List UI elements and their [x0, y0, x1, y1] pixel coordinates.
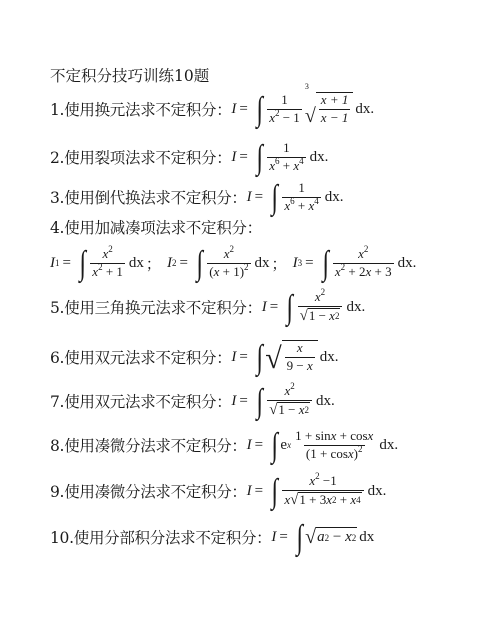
lhs-variable: I	[247, 189, 252, 206]
denominator: (x + 1)2	[207, 263, 250, 280]
integral-sign-icon: ∫	[287, 291, 294, 325]
numerator: 1	[279, 93, 290, 109]
problem-3: 3.使用倒代换法求不定积分： I = ∫ 1 x6 + x4 dx.	[50, 180, 344, 214]
problem-7: 7.使用双元法求不定积分： I = ∫ x2 √1 − x2 dx.	[50, 384, 335, 418]
lhs-variable: I	[293, 255, 298, 272]
problem-6-label: 6.使用双元法求不定积分：	[50, 346, 231, 368]
fraction: 1 x6 + x4	[282, 181, 320, 214]
radical-icon: √	[269, 402, 277, 418]
problem-1: 1.使用换元法求不定积分： I = ∫ 1 x2 − 1 3 √ x + 1 x…	[50, 92, 374, 126]
fraction: x + 1 x − 1	[319, 93, 351, 126]
numerator: x2	[222, 247, 236, 263]
problem-9-label: 9.使用凑微分法求不定积分：	[50, 480, 247, 502]
integral-sign-icon: ∫	[79, 247, 86, 281]
problem-8-formula: I = ∫ ex 1 + sinx + cosx (1 + cosx)2 dx.	[247, 428, 398, 462]
differential: dx.	[346, 299, 365, 316]
fraction: x2 x2 + 2x + 3	[333, 247, 394, 280]
lhs-variable: I	[247, 483, 252, 500]
fraction: 1 x6 + x4	[267, 141, 305, 174]
fraction: x2 (x + 1)2	[207, 247, 250, 280]
denominator: x√1 + 3x2 + x4	[282, 490, 363, 508]
problem-2: 2.使用裂项法求不定积分： I = ∫ 1 x6 + x4 dx.	[50, 140, 328, 174]
differential: dx.	[398, 255, 417, 272]
differential: dx.	[310, 149, 329, 166]
document-title: 不定积分技巧训练10题	[50, 64, 209, 86]
lhs-variable: I	[247, 437, 252, 454]
lhs-variable: I	[231, 101, 236, 118]
numerator: x2 −1	[307, 474, 338, 490]
formula-I2: I2 = ∫ x2 (x + 1)2 dx；	[167, 246, 293, 280]
denominator: x − 1	[319, 109, 351, 126]
integral-sign-icon: ∫	[271, 181, 278, 215]
differential: dx	[359, 529, 374, 546]
problem-5-label: 5.使用三角换元法求不定积分：	[50, 296, 262, 318]
differential: dx.	[355, 101, 374, 118]
problem-5: 5.使用三角换元法求不定积分： I = ∫ x2 √1 − x2 dx.	[50, 290, 365, 324]
equals-sign: =	[239, 393, 247, 410]
fraction: x2 x2 + 1	[90, 247, 125, 280]
radical-icon: √	[305, 527, 316, 547]
problem-1-label: 1.使用换元法求不定积分：	[50, 98, 231, 120]
lhs-variable: I	[231, 393, 236, 410]
equals-sign: =	[255, 483, 263, 500]
fraction: 1 + sinx + cosx (1 + cosx)2	[293, 429, 375, 462]
problem-9: 9.使用凑微分法求不定积分： I = ∫ x2 −1 x√1 + 3x2 + x…	[50, 474, 386, 508]
numerator: x	[295, 341, 305, 357]
lhs-variable: I	[231, 349, 236, 366]
equals-sign: =	[305, 255, 313, 272]
problem-9-formula: I = ∫ x2 −1 x√1 + 3x2 + x4 dx.	[247, 474, 387, 508]
equals-sign: =	[279, 529, 287, 546]
problem-10-formula: I = ∫ √ a2 − x2 dx	[271, 520, 374, 554]
integral-sign-icon: ∫	[296, 521, 303, 555]
problem-6-formula: I = ∫ √ x 9 − x dx.	[231, 340, 338, 374]
denominator: √1 − x2	[298, 306, 343, 324]
integral-sign-icon: ∫	[196, 247, 203, 281]
problem-4-label: 4.使用加减凑项法求不定积分：	[50, 216, 262, 238]
root-index: 3	[305, 82, 309, 116]
differential: dx.	[320, 349, 339, 366]
equals-sign: =	[239, 349, 247, 366]
numerator: x2	[356, 247, 370, 263]
problem-1-formula: I = ∫ 1 x2 − 1 3 √ x + 1 x − 1 dx.	[231, 92, 374, 126]
denominator: x2 + 2x + 3	[333, 263, 394, 280]
numerator: 1	[296, 181, 307, 197]
numerator: x2	[100, 247, 114, 263]
differential: dx	[129, 255, 144, 272]
fraction: x2 √1 − x2	[267, 384, 312, 418]
problem-8: 8.使用凑微分法求不定积分： I = ∫ ex 1 + sinx + cosx …	[50, 428, 398, 462]
fraction: 1 x2 − 1	[267, 93, 302, 126]
problem-2-label: 2.使用裂项法求不定积分：	[50, 146, 231, 168]
differential: dx.	[325, 189, 344, 206]
fraction: x 9 − x	[285, 341, 315, 374]
lhs-variable: I	[231, 149, 236, 166]
numerator: 1 + sinx + cosx	[293, 429, 375, 445]
problem-4-formulas: I1 = ∫ x2 x2 + 1 dx； I2 = ∫ x2 (x + 1)2 …	[50, 246, 416, 280]
denominator: x2 + 1	[90, 263, 125, 280]
numerator: x2	[282, 384, 296, 400]
formula-I3: I3 = ∫ x2 x2 + 2x + 3 dx.	[293, 246, 417, 280]
problem-3-formula: I = ∫ 1 x6 + x4 dx.	[247, 180, 344, 214]
differential: dx.	[379, 437, 398, 454]
fraction: x2 −1 x√1 + 3x2 + x4	[282, 474, 363, 508]
cube-root: 3 √ x + 1 x − 1	[304, 92, 354, 126]
radical-icon: √	[290, 492, 298, 508]
problem-5-formula: I = ∫ x2 √1 − x2 dx.	[262, 290, 365, 324]
title-text: 不定积分技巧训练10题	[50, 64, 209, 86]
equals-sign: =	[270, 299, 278, 316]
differential: dx.	[368, 483, 387, 500]
problem-6: 6.使用双元法求不定积分： I = ∫ √ x 9 − x dx.	[50, 340, 339, 374]
numerator: x + 1	[319, 93, 351, 109]
fraction: x2 √1 − x2	[298, 290, 343, 324]
integral-sign-icon: ∫	[256, 385, 263, 419]
problem-7-label: 7.使用双元法求不定积分：	[50, 390, 231, 412]
differential: dx.	[316, 393, 335, 410]
problem-2-formula: I = ∫ 1 x6 + x4 dx.	[231, 140, 328, 174]
equals-sign: =	[239, 149, 247, 166]
square-root: √ x 9 − x	[265, 340, 318, 374]
formula-I1: I1 = ∫ x2 x2 + 1 dx；	[50, 246, 167, 280]
integral-sign-icon: ∫	[256, 141, 263, 175]
radical-icon: √	[300, 308, 308, 324]
lhs-variable: I	[271, 529, 276, 546]
integral-sign-icon: ∫	[256, 341, 263, 375]
problem-3-label: 3.使用倒代换法求不定积分：	[50, 186, 247, 208]
equals-sign: =	[179, 255, 187, 272]
denominator: x6 + x4	[282, 197, 320, 214]
equals-sign: =	[239, 101, 247, 118]
denominator: √1 − x2	[267, 400, 312, 418]
denominator: x2 − 1	[267, 109, 302, 126]
integral-sign-icon: ∫	[322, 247, 329, 281]
problem-8-label: 8.使用凑微分法求不定积分：	[50, 434, 247, 456]
denominator: x6 + x4	[267, 157, 305, 174]
denominator: 9 − x	[285, 357, 315, 374]
numerator: 1	[281, 141, 292, 157]
lhs-variable: I	[262, 299, 267, 316]
problem-10: 10.使用分部积分法求不定积分： I = ∫ √ a2 − x2 dx	[50, 520, 374, 554]
equals-sign: =	[255, 437, 263, 454]
integral-sign-icon: ∫	[256, 93, 263, 127]
denominator: (1 + cosx)2	[304, 445, 365, 462]
radical-icon: √	[265, 340, 281, 374]
problem-7-formula: I = ∫ x2 √1 − x2 dx.	[231, 384, 334, 418]
integral-sign-icon: ∫	[271, 475, 278, 509]
integral-sign-icon: ∫	[271, 429, 278, 463]
square-root: √ a2 − x2	[305, 527, 357, 547]
equals-sign: =	[255, 189, 263, 206]
differential: dx	[255, 255, 270, 272]
problem-10-label: 10.使用分部积分法求不定积分：	[50, 526, 271, 548]
numerator: x2	[313, 290, 327, 306]
equals-sign: =	[63, 255, 71, 272]
problem-4: 4.使用加减凑项法求不定积分：	[50, 216, 262, 238]
